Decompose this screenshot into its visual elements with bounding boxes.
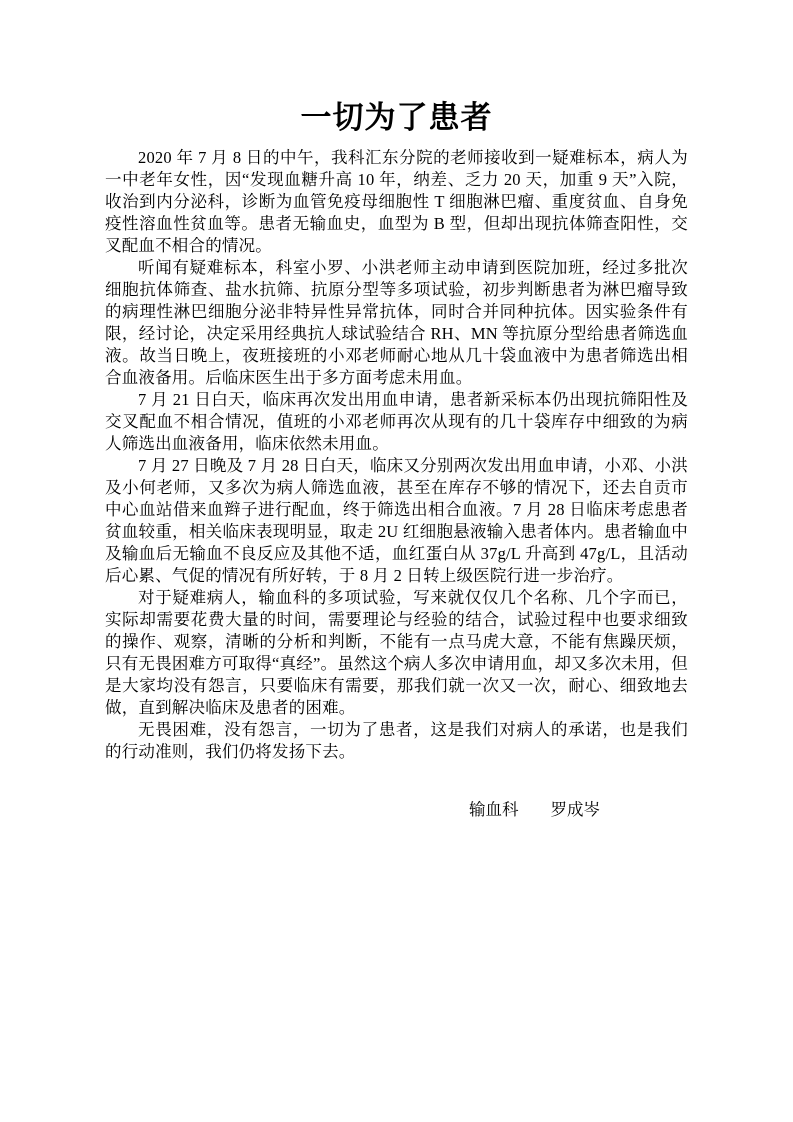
document-body: 2020 年 7 月 8 日的中午，我科汇东分院的老师接收到一疑难标本，病人为一… <box>105 147 688 763</box>
document-title: 一切为了患者 <box>105 98 688 138</box>
document-page: 一切为了患者 2020 年 7 月 8 日的中午，我科汇东分院的老师接收到一疑难… <box>0 0 793 1122</box>
paragraph-conclusion: 无畏困难，没有怨言，一切为了患者，这是我们对病人的承诺，也是我们的行动准则，我们… <box>105 719 688 763</box>
signature-line: 输血科 罗成岑 <box>105 799 688 821</box>
paragraph-july-21: 7 月 21 日白天，临床再次发出用血申请，患者新采标本仍出现抗筛阳性及交叉配血… <box>105 389 688 455</box>
paragraph-july-27-28: 7 月 27 日晚及 7 月 28 日白天，临床又分别两次发出用血申请，小邓、小… <box>105 455 688 587</box>
paragraph-intro-case: 2020 年 7 月 8 日的中午，我科汇东分院的老师接收到一疑难标本，病人为一… <box>105 147 688 257</box>
signature-author-name: 罗成岑 <box>551 799 601 821</box>
signature-department: 输血科 <box>469 799 519 821</box>
paragraph-overtime-screening: 听闻有疑难标本，科室小罗、小洪老师主动申请到医院加班，经过多批次细胞抗体筛查、盐… <box>105 257 688 389</box>
paragraph-reflection: 对于疑难病人，输血科的多项试验，写来就仅仅几个名称、几个字而已，实际却需要花费大… <box>105 587 688 719</box>
